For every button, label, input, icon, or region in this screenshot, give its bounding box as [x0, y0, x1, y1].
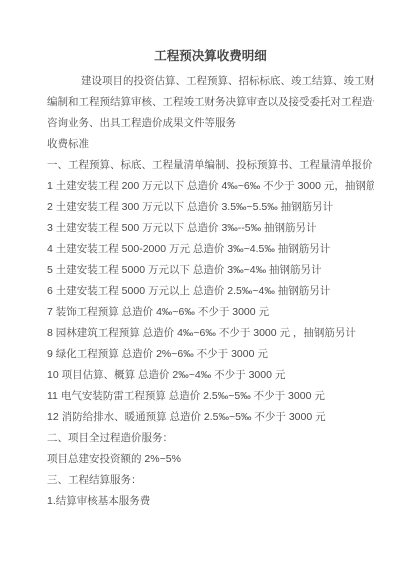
fee-item-5: 5 土建安装工程 5000 万元以下 总造价 3‰~4‰ 抽钢筋另计 [47, 260, 374, 281]
section-three-heading: 三、工程结算服务： [47, 470, 374, 491]
fee-item-3: 3 土建安装工程 500 万元以下 总造价 3‰--5‰ 抽钢筋另计 [47, 218, 374, 239]
fee-item-2: 2 土建安装工程 300 万元以下 总造价 3.5‰~5.5‰ 抽钢筋另计 [47, 197, 374, 218]
fee-standard-heading: 收费标准 [47, 134, 374, 155]
section-three-body: 1.结算审核基本服务费 [47, 491, 374, 512]
fee-item-1: 1 土建安装工程 200 万元以下 总造价 4‰~6‰ 不少于 3000 元，抽… [47, 176, 374, 197]
section-one-heading: 一、工程预算、标底、工程量清单编制、投标预算书、工程量清单报价 [47, 155, 374, 176]
fee-item-9: 9 绿化工程预算 总造价 2%~6‰ 不少于 3000 元 [47, 344, 374, 365]
section-two-body: 项目总建安投资额的 2%~5% [47, 449, 374, 470]
intro-line: 咨询业务、出具工程造价成果文件等服务 [47, 113, 374, 134]
fee-item-6: 6 土建安装工程 5000 万元以上 总造价 2.5‰~4‰ 抽钢筋另计 [47, 281, 374, 302]
fee-item-11: 11 电气安装防雷工程预算 总造价 2.5‰~5‰ 不少于 3000 元 [47, 386, 374, 407]
section-two-heading: 二、项目全过程造价服务： [47, 428, 374, 449]
document-title: 工程预决算收费明细 [47, 46, 374, 67]
fee-item-8: 8 园林建筑工程预算 总造价 4‰~6‰ 不少于 3000 元 ，抽钢筋另计 [47, 323, 374, 344]
intro-line: 编制和工程预结算审核、工程竣工财务决算审查以及接受委托对工程造价鉴定等工程造价 [47, 92, 374, 113]
intro-line: 建设项目的投资估算、工程预算、招标标底、竣工结算、竣工财务决算、投标报价 [47, 71, 374, 92]
fee-item-7: 7 装饰工程预算 总造价 4‰~6‰ 不少于 3000 元 [47, 302, 374, 323]
document-page: 工程预决算收费明细 建设项目的投资估算、工程预算、招标标底、竣工结算、竣工财务决… [0, 0, 400, 566]
fee-item-10: 10 项目估算、概算 总造价 2‰~4‰ 不少于 3000 元 [47, 365, 374, 386]
fee-item-4: 4 土建安装工程 500-2000 万元 总造价 3‰~4.5‰ 抽钢筋另计 [47, 239, 374, 260]
fee-item-12: 12 消防给排水、暖通预算 总造价 2.5‰~5‰ 不少于 3000 元 [47, 407, 374, 428]
